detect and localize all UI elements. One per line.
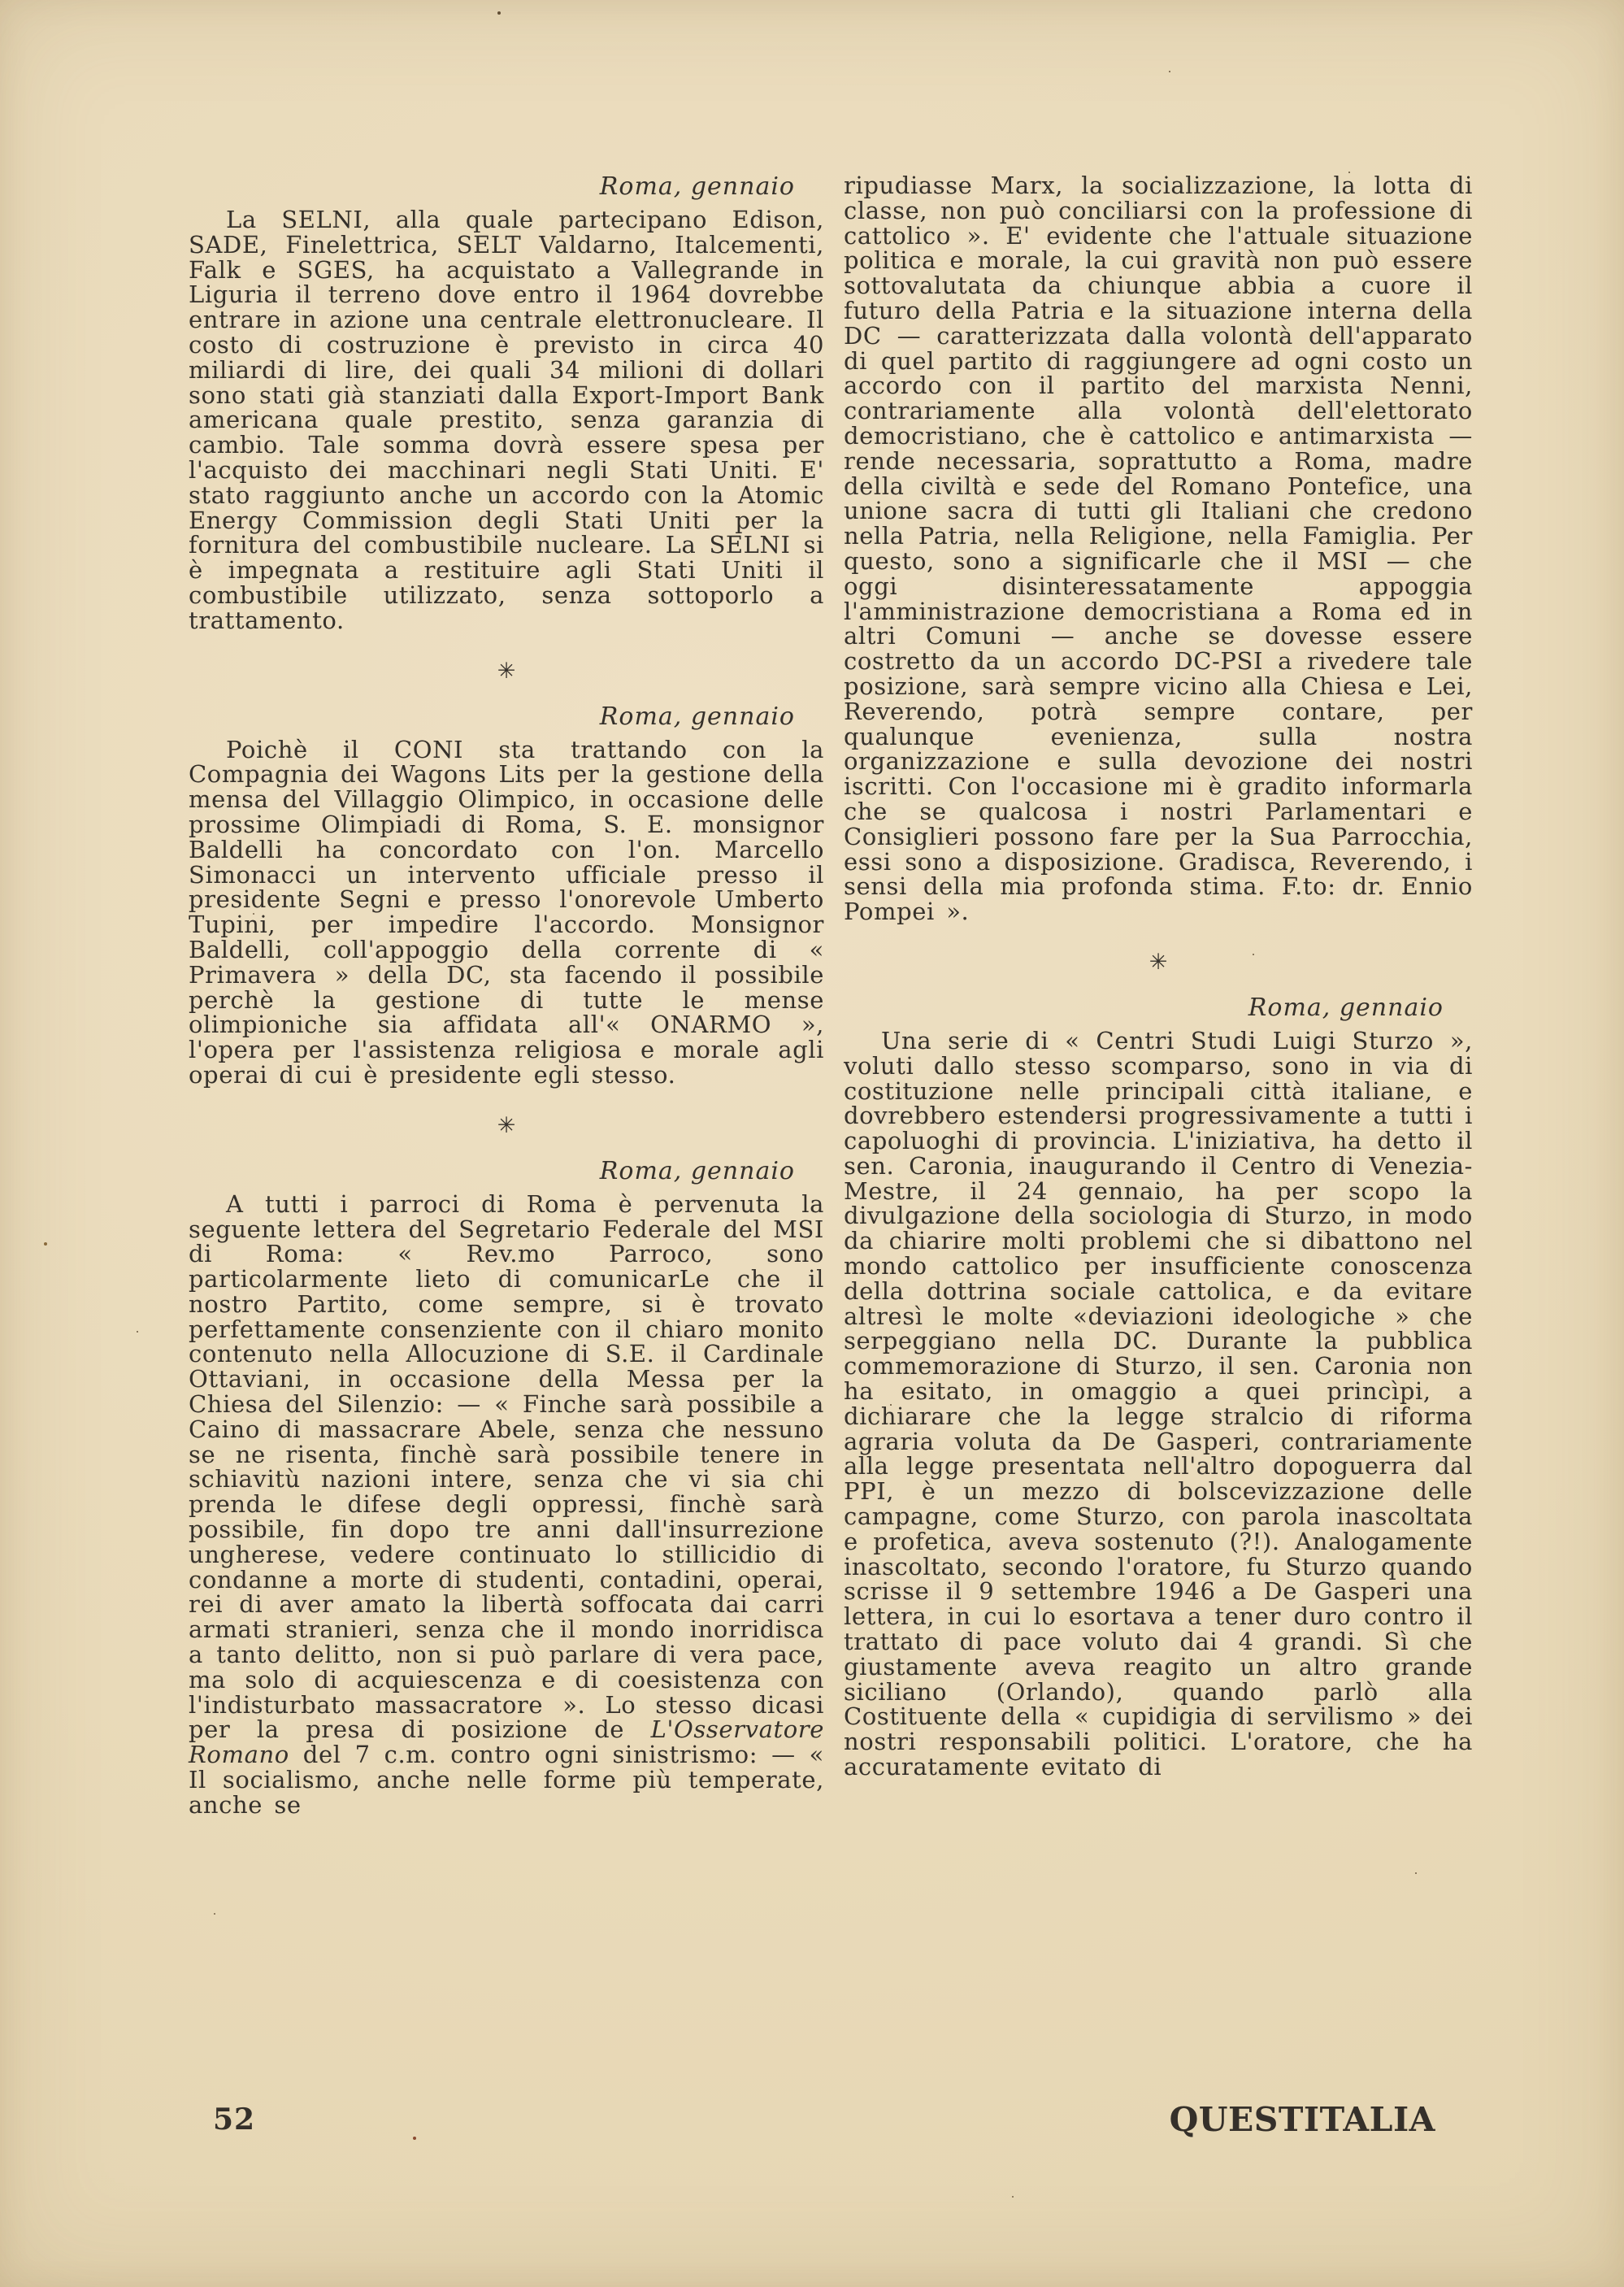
paragraph-text: A tutti i parroci di Roma è pervenuta la… [189,1190,824,1744]
paragraph-text: La SELNI, alla quale partecipano Edison,… [189,206,824,634]
paragraph-text: ripudiasse Marx, la socializzazione, la … [844,172,1473,925]
dateline: Roma, gennaio [189,703,824,730]
article-paragraph: A tutti i parroci di Roma è pervenuta la… [189,1192,824,1818]
article-paragraph: ripudiasse Marx, la socializzazione, la … [844,173,1473,924]
paragraph-text: Poichè il CONI sta trattando con la Comp… [189,736,824,1089]
magazine-page: Roma, gennaioLa SELNI, alla quale partec… [0,0,1624,2287]
dateline: Roma, gennaio [189,173,824,200]
dateline: Roma, gennaio [844,994,1473,1021]
dateline: Roma, gennaio [189,1158,824,1185]
left-column: Roma, gennaioLa SELNI, alla quale partec… [189,173,824,1818]
paragraph-text: Una serie di « Centri Studi Luigi Sturzo… [844,1027,1473,1780]
section-separator-star-icon: ✳ [189,659,824,684]
section-separator-star-icon: ✳ [189,1114,824,1138]
article-paragraph: Poichè il CONI sta trattando con la Comp… [189,737,824,1088]
paper-specks [0,0,3,3]
journal-name: QUESTITALIA [1170,2102,1435,2137]
page-number: 52 [213,2104,255,2135]
article-paragraph: La SELNI, alla quale partecipano Edison,… [189,207,824,633]
article-paragraph: Una serie di « Centri Studi Luigi Sturzo… [844,1028,1473,1780]
right-column: ripudiasse Marx, la socializzazione, la … [844,173,1473,1780]
section-separator-star-icon: ✳ [844,950,1473,975]
